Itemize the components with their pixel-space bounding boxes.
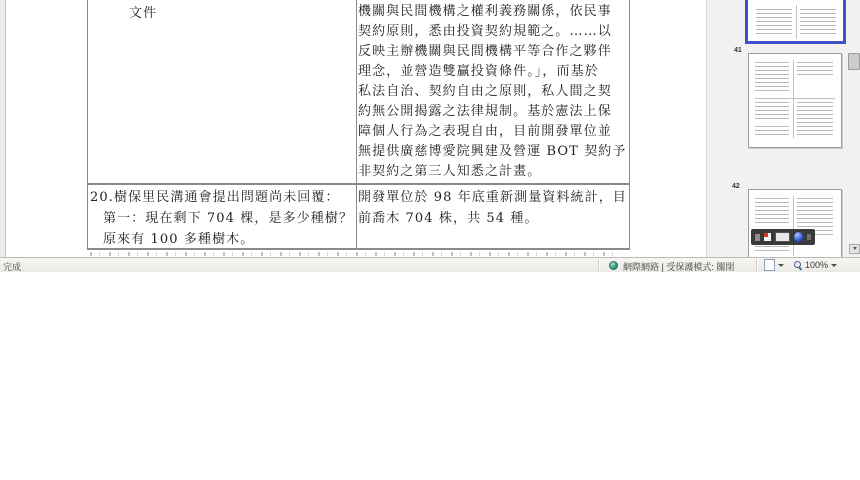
table-border-divider xyxy=(356,0,357,249)
text-line: 前喬木 704 株，共 54 種。 xyxy=(358,208,630,229)
text-line: 20.樹保里民溝通會提出問題尚未回覆： xyxy=(90,187,352,208)
thumbnail-page-preview xyxy=(753,58,837,143)
zoom-control[interactable]: 100% xyxy=(794,259,837,271)
text-line: 非契約之第三人知悉之計畫。 xyxy=(358,162,630,182)
thumbnail-scrollbar-thumb[interactable] xyxy=(848,53,860,70)
app-window: 文件 機關與民間機構之權利義務關係，依民事 契約原則，悉由投資契約規範之。……以… xyxy=(0,0,860,480)
thumbnail-page-number: 42 xyxy=(732,183,740,190)
status-separator xyxy=(598,259,599,271)
status-done-label: 完成 xyxy=(3,260,21,273)
page-number-field[interactable] xyxy=(775,232,791,242)
text-line: 反映主辦機關與民間機構平等合作之夥伴 xyxy=(358,42,630,62)
thumbnail-page-preview xyxy=(752,0,839,37)
text-line: 無提供廣慈博愛院興建及營運 BOT 契約予 xyxy=(358,142,630,162)
status-separator xyxy=(756,259,757,271)
text-line: 原來有 100 多種樹木。 xyxy=(90,229,352,250)
table-cell-answer-20: 開發單位於 98 年底重新測量資料統計，目 前喬木 704 株，共 54 種。 xyxy=(358,187,630,229)
status-bar: 完成 網際網路 | 受保護模式: 關閉 100% xyxy=(0,257,860,272)
security-zone-label: 網際網路 | 受保護模式: 關閉 xyxy=(623,260,734,273)
floating-viewer-toolbar xyxy=(751,229,815,245)
page-left-edge xyxy=(0,0,6,257)
chevron-down-icon xyxy=(778,264,784,267)
thumbnail-page-41[interactable] xyxy=(748,53,842,148)
text-line: 契約原則，悉由投資契約規範之。……以 xyxy=(358,22,630,42)
page-thumbnail-pane: 41 42 xyxy=(706,0,860,257)
pdf-page-icon[interactable] xyxy=(764,233,770,241)
table-cell-question-20: 20.樹保里民溝通會提出問題尚未回覆： 第一：現在剩下 704 棵，是多少種樹？… xyxy=(90,187,352,250)
thumbnail-page-preview xyxy=(753,194,837,257)
table-row-border xyxy=(87,183,630,185)
chevron-down-icon xyxy=(831,264,837,267)
toolbar-more-icon[interactable] xyxy=(807,234,811,240)
text-line: 理念，並營造雙贏投資條件。」，而基於 xyxy=(358,62,630,82)
table-cell-file-label: 文件 xyxy=(129,2,157,21)
reader-mode-icon[interactable] xyxy=(794,232,803,242)
text-line: 障個人行為之表現自由，目前開發單位並 xyxy=(358,122,630,142)
view-mode-button[interactable] xyxy=(764,259,784,271)
save-icon[interactable] xyxy=(755,234,760,241)
page-fit-icon xyxy=(764,259,775,271)
text-line: 開發單位於 98 年底重新測量資料統計，目 xyxy=(358,187,630,208)
zoom-level-label: 100% xyxy=(805,260,828,270)
clipped-next-row-text xyxy=(90,252,620,256)
internet-zone-globe-icon xyxy=(609,261,618,270)
text-line: 約無公開揭露之法律規制。基於憲法上保 xyxy=(358,102,630,122)
thumbnail-page-number: 41 xyxy=(734,47,742,54)
text-line: 私法自治、契約自由之原則，私人間之契 xyxy=(358,82,630,102)
thumbnail-page-42[interactable] xyxy=(748,189,842,257)
text-line: 機關與民間機構之權利義務關係，依民事 xyxy=(358,2,630,22)
text-line: 第一：現在剩下 704 棵，是多少種樹？ xyxy=(90,208,352,229)
table-border-left xyxy=(87,0,88,249)
document-viewport: 文件 機關與民間機構之權利義務關係，依民事 契約原則，悉由投資契約規範之。……以… xyxy=(0,0,706,257)
magnifier-icon xyxy=(794,261,802,269)
table-cell-file-content: 機關與民間機構之權利義務關係，依民事 契約原則，悉由投資契約規範之。……以 反映… xyxy=(358,2,630,182)
thumbnail-scrollbar-down-button[interactable] xyxy=(849,244,860,254)
thumbnail-page-selected[interactable] xyxy=(745,0,846,44)
